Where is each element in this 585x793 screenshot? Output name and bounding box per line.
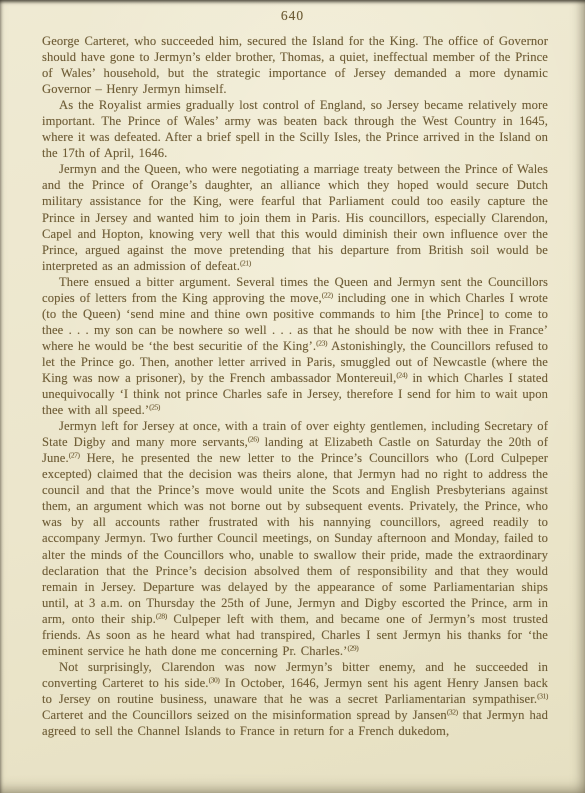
- footnote-marker: (23): [316, 338, 327, 347]
- page-body: George Carteret, who succeeded him, secu…: [42, 33, 548, 739]
- page-number: 640: [0, 8, 585, 24]
- footnote-marker: (32): [447, 707, 458, 716]
- footnote-marker: (31): [537, 691, 548, 700]
- footnote-marker: (25): [149, 403, 160, 412]
- paragraph: As the Royalist armies gradually lost co…: [42, 97, 548, 161]
- footnote-marker: (26): [248, 435, 259, 444]
- footnote-marker: (30): [209, 675, 220, 684]
- paragraph: Jermyn and the Queen, who were negotiati…: [42, 161, 548, 273]
- footnote-marker: (21): [240, 258, 251, 267]
- footnote-marker: (29): [347, 643, 358, 652]
- paragraph: Jermyn left for Jersey at once, with a t…: [42, 418, 548, 659]
- footnote-marker: (27): [69, 451, 80, 460]
- footnote-marker: (22): [322, 290, 333, 299]
- paragraph: Not surprisingly, Clarendon was now Jerm…: [42, 659, 548, 739]
- paragraph: There ensued a bitter argument. Several …: [42, 274, 548, 418]
- footnote-marker: (28): [156, 611, 167, 620]
- paragraph: George Carteret, who succeeded him, secu…: [42, 33, 548, 97]
- book-page-scan: 640 George Carteret, who succeeded him, …: [0, 0, 585, 793]
- footnote-marker: (24): [396, 370, 407, 379]
